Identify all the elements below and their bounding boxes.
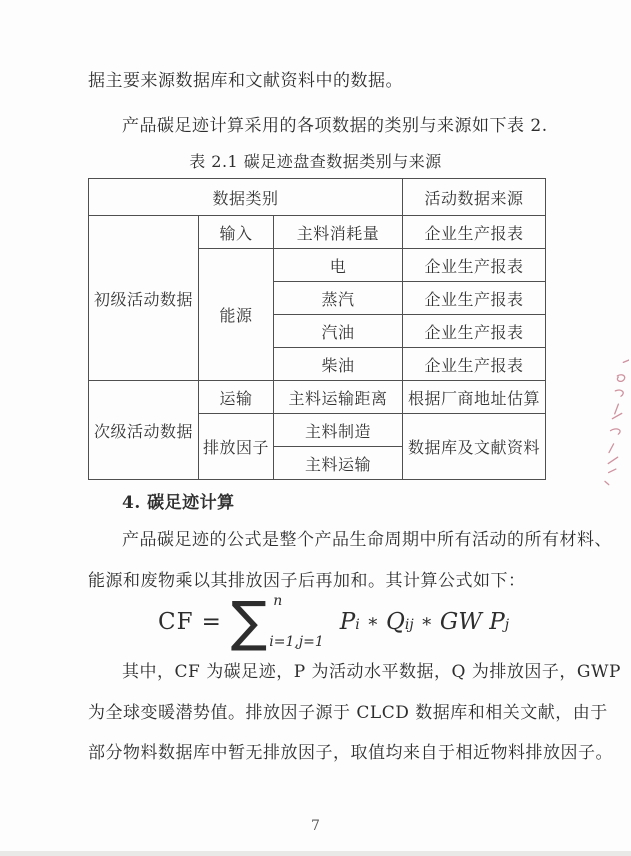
page-number: 7 (0, 818, 631, 834)
formula-terms: Pi ∗ Qij ∗ GW Pj (340, 609, 509, 635)
sum-lower-limit: i=1,j=1 (269, 634, 324, 652)
paragraph-formula-intro-line2: 能源和废物乘以其排放因子后再加和。其计算公式如下： (88, 570, 526, 592)
cell-report: 企业生产报表 (403, 348, 546, 381)
paragraph-explanation-line1: 其中，CF 为碳足迹，P 为活动水平数据，Q 为排放因子，GWP (122, 661, 621, 683)
cell-steam: 蒸汽 (274, 282, 403, 315)
section-heading: 4. 碳足迹计算 (122, 492, 235, 514)
cell-report: 企业生产报表 (403, 249, 546, 282)
formula-equals: = (202, 609, 221, 635)
cell-electricity: 电 (274, 249, 403, 282)
cell-gasoline: 汽油 (274, 315, 403, 348)
paragraph-formula-intro-line1: 产品碳足迹的公式是整个产品生命周期中所有活动的所有材料、 (122, 529, 612, 551)
cell-main-manufacture: 主料制造 (274, 414, 403, 447)
cell-address-estimate: 根据厂商地址估算 (403, 381, 546, 414)
table-row: 次级活动数据 运输 主料运输距离 根据厂商地址估算 (89, 381, 546, 414)
cell-emission-factor: 排放因子 (199, 414, 274, 480)
formula-lhs: CF (158, 609, 194, 635)
handwritten-red-mark (603, 358, 629, 494)
paragraph-explanation-line3: 部分物料数据库中暂无排放因子，取值均来自于相近物料排放因子。 (88, 742, 613, 764)
cell-main-consumption: 主料消耗量 (274, 216, 403, 249)
sum-upper-limit: n (269, 592, 324, 609)
carbon-footprint-formula: CF = ∑ n i=1,j=1 Pi ∗ Qij ∗ GW Pj (158, 592, 509, 652)
term-p-sub: i (355, 617, 359, 633)
sigma-symbol: ∑ (231, 593, 267, 651)
cell-report: 企业生产报表 (403, 315, 546, 348)
term-gwp-sub: j (505, 617, 509, 633)
term-q: Q (386, 609, 405, 635)
sum-limits: n i=1,j=1 (269, 592, 324, 652)
paragraph-explanation-line2: 为全球变暖潜势值。排放因子源于 CLCD 数据库和相关文献，由于 (88, 702, 608, 724)
multiply-sign: ∗ (367, 611, 379, 632)
cell-transport: 运输 (199, 381, 274, 414)
term-gwp: GW P (440, 609, 505, 635)
cell-main-transport: 主料运输 (274, 447, 403, 480)
cell-energy: 能源 (199, 249, 274, 381)
cell-database-literature: 数据库及文献资料 (403, 414, 546, 480)
paragraph-table-intro: 产品碳足迹计算采用的各项数据的类别与来源如下表 2. (122, 115, 548, 137)
cell-secondary-activity: 次级活动数据 (89, 381, 199, 480)
cell-report: 企业生产报表 (403, 282, 546, 315)
cell-input: 输入 (199, 216, 274, 249)
cell-transport-distance: 主料运输距离 (274, 381, 403, 414)
data-source-table: 数据类别 活动数据来源 初级活动数据 输入 主料消耗量 企业生产报表 能源 电 … (88, 178, 546, 480)
multiply-sign: ∗ (421, 611, 433, 632)
document-page: 据主要来源数据库和文献资料中的数据。 产品碳足迹计算采用的各项数据的类别与来源如… (0, 0, 631, 856)
table-row: 初级活动数据 输入 主料消耗量 企业生产报表 (89, 216, 546, 249)
cell-primary-activity: 初级活动数据 (89, 216, 199, 381)
header-cell-source: 活动数据来源 (403, 179, 546, 216)
paragraph-continuation: 据主要来源数据库和文献资料中的数据。 (88, 70, 403, 92)
cell-report: 企业生产报表 (403, 216, 546, 249)
header-cell-category: 数据类别 (89, 179, 403, 216)
term-q-sub: ij (405, 617, 414, 633)
table-header-row: 数据类别 活动数据来源 (89, 179, 546, 216)
cell-diesel: 柴油 (274, 348, 403, 381)
term-p: P (340, 609, 355, 635)
table-caption: 表 2.1 碳足迹盘查数据类别与来源 (0, 151, 631, 173)
scan-edge (0, 851, 631, 856)
